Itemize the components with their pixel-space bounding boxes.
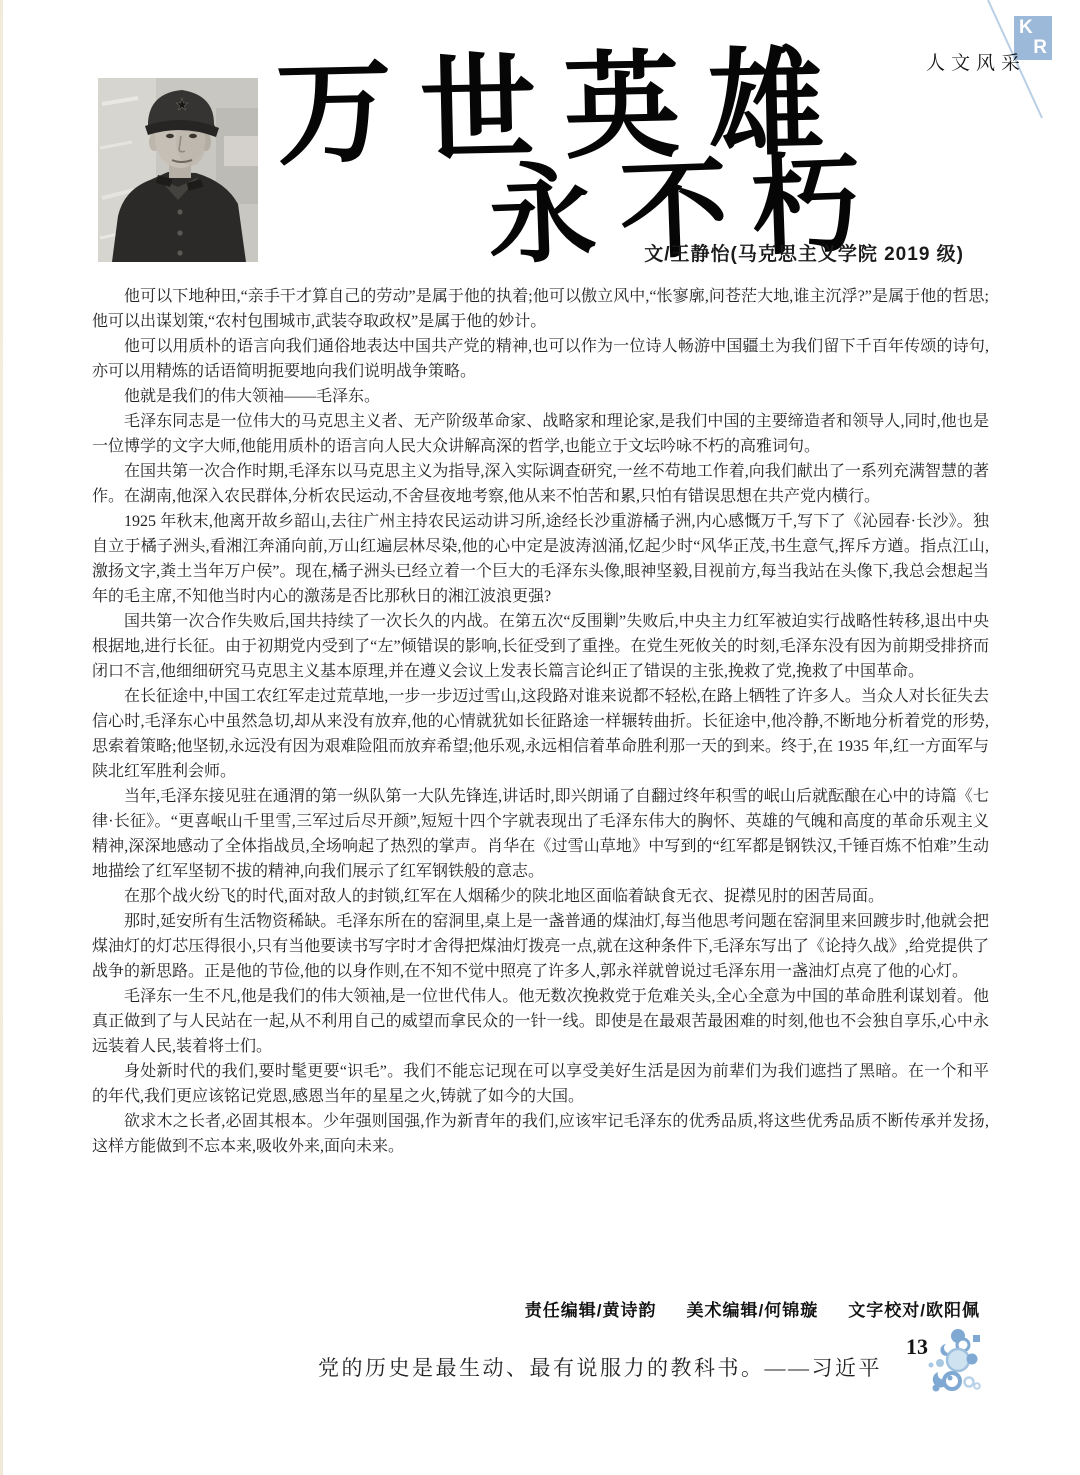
mao-portrait-photo <box>98 78 258 262</box>
paragraph: 他可以下地种田,“亲手干才算自己的劳动”是属于他的执着;他可以傲立风中,“怅寥廓… <box>92 284 989 334</box>
section-label: 人文风采 <box>926 48 1026 75</box>
page-edge-shadow <box>0 0 3 1475</box>
paragraph: 1925 年秋末,他离开故乡韶山,去往广州主持农民运动讲习所,途经长沙重游橘子洲… <box>92 509 989 609</box>
kr-logo-letter-r: R <box>1033 38 1047 57</box>
credits-line: 责任编辑/黄诗韵 美术编辑/何锦璇 文字校对/欧阳佩 <box>525 1296 980 1321</box>
paragraph: 在那个战火纷飞的时代,面对敌人的封锁,红军在人烟稀少的陕北地区面临着缺食无衣、捉… <box>92 884 989 909</box>
paragraph: 身处新时代的我们,要时髦更要“识毛”。我们不能忘记现在可以享受美好生活是因为前辈… <box>92 1059 989 1109</box>
footer-quote: 党的历史是最生动、最有说服力的教科书。——习近平 <box>318 1352 882 1382</box>
byline: 文/王静怡(马克思主义学院 2019 级) <box>644 239 964 266</box>
credit-art-editor: 美术编辑/何锦璇 <box>687 1296 819 1321</box>
paragraph: 毛泽东一生不凡,他是我们的伟大领袖,是一位世代伟人。他无数次挽救党于危难关头,全… <box>92 984 989 1059</box>
paragraph: 毛泽东同志是一位伟大的马克思主义者、无产阶级革命家、战略家和理论家,是我们中国的… <box>92 409 989 459</box>
paragraph: 在国共第一次合作时期,毛泽东以马克思主义为指导,深入实际调查研究,一丝不苟地工作… <box>92 459 989 509</box>
page-number: 13 <box>906 1334 928 1360</box>
paragraph: 那时,延安所有生活物资稀缺。毛泽东所在的窑洞里,桌上是一盏普通的煤油灯,每当他思… <box>92 909 989 984</box>
portrait-photo-graphic <box>98 78 258 262</box>
bubble-ornament-icon <box>928 1328 984 1394</box>
magazine-page: K R 人文风采 <box>0 0 1080 1475</box>
article-body: 他可以下地种田,“亲手干才算自己的劳动”是属于他的执着;他可以傲立风中,“怅寥廓… <box>92 284 989 1159</box>
paragraph: 他可以用质朴的语言向我们通俗地表达中国共产党的精神,也可以作为一位诗人畅游中国疆… <box>92 334 989 384</box>
paragraph: 当年,毛泽东接见驻在通渭的第一纵队第一大队先锋连,讲话时,即兴朗诵了自翻过终年积… <box>92 784 989 884</box>
paragraph: 国共第一次合作失败后,国共持续了一次长久的内战。在第五次“反围剿”失败后,中央主… <box>92 609 989 684</box>
credit-proofreader: 文字校对/欧阳佩 <box>848 1296 980 1321</box>
paragraph: 在长征途中,中国工农红军走过荒草地,一步一步迈过雪山,这段路对谁来说都不轻松,在… <box>92 684 989 784</box>
paragraph: 欲求木之长者,必固其根本。少年强则国强,作为新青年的我们,应该牢记毛泽东的优秀品… <box>92 1109 989 1159</box>
credit-editor: 责任编辑/黄诗韵 <box>525 1296 657 1321</box>
paragraph: 他就是我们的伟大领袖——毛泽东。 <box>92 384 989 409</box>
kr-logo-letter-k: K <box>1019 18 1033 37</box>
